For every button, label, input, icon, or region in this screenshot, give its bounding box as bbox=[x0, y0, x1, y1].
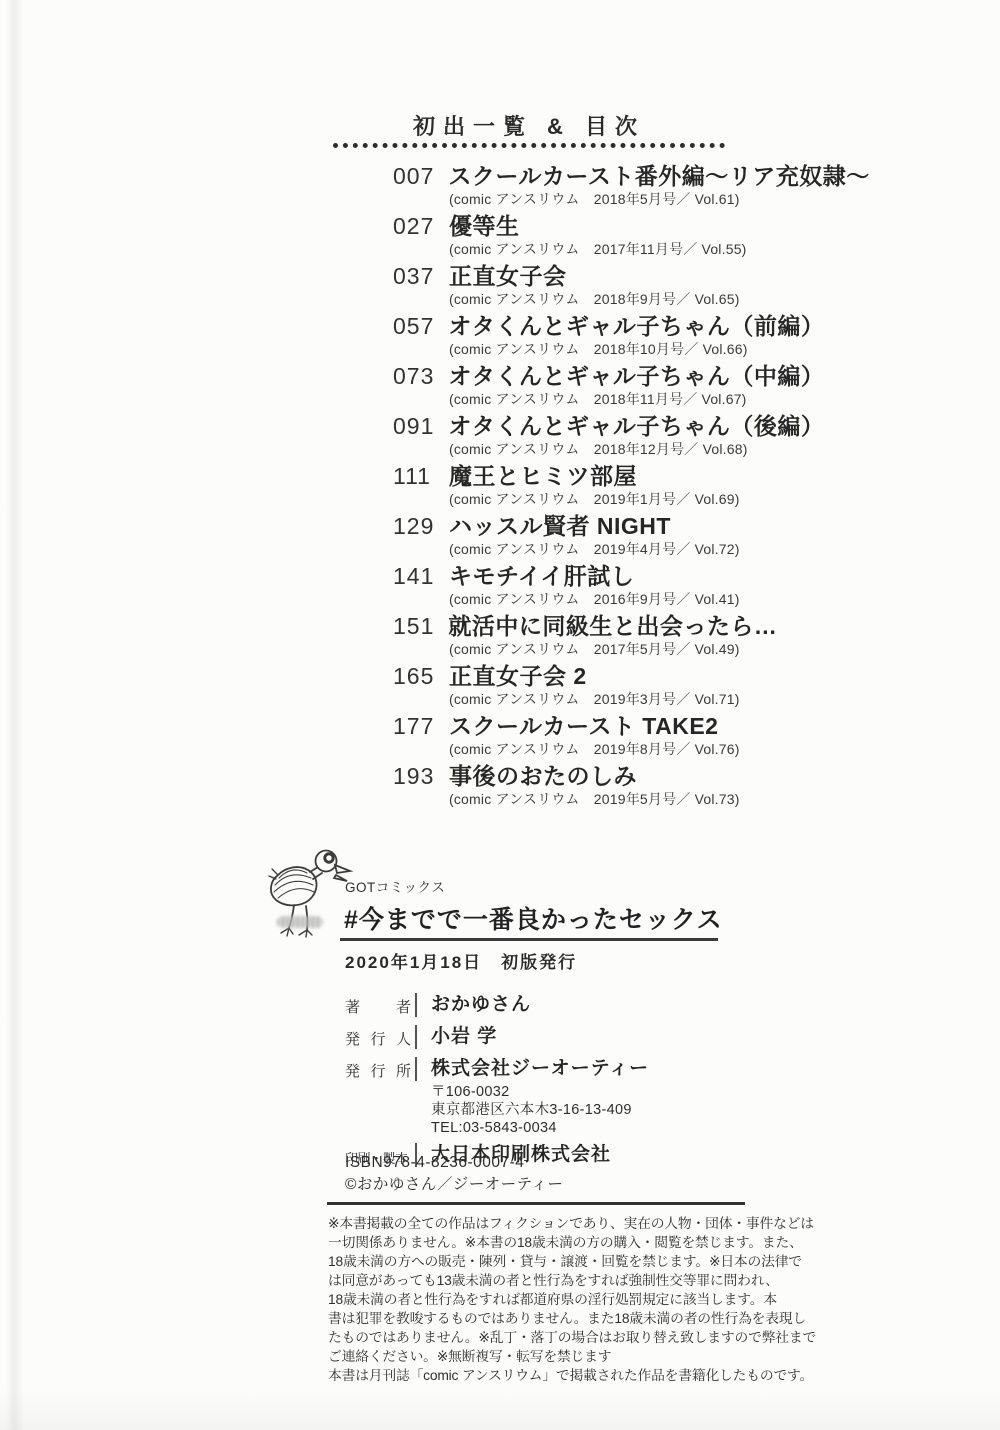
scanned-book-page: 初出一覧 & 目次 007 スクールカースト番外編～リア充奴隷～ (comic … bbox=[0, 0, 1000, 1430]
print-smudge bbox=[277, 916, 323, 928]
toc-entry-main: 091 オタくんとギャル子ちゃん（後編） bbox=[393, 413, 733, 439]
entry-source: (comic アンスリウム 2019年3月号／ Vol.71) bbox=[449, 690, 733, 708]
phone-number: TEL:03-5843-0034 bbox=[431, 1119, 745, 1137]
entry-page-number: 007 bbox=[393, 163, 434, 189]
entry-page-number: 027 bbox=[393, 213, 435, 239]
legal-line: は同意があっても13歳未満の者と性行為をすれば強制性交等罪に問われ、 bbox=[328, 1271, 758, 1290]
colophon-value: おかゆさん bbox=[415, 993, 531, 1017]
entry-source: (comic アンスリウム 2018年12月号／ Vol.68) bbox=[449, 440, 733, 458]
entry-page-number: 177 bbox=[393, 713, 435, 739]
colophon-value: 株式会社ジーオーティー bbox=[415, 1057, 649, 1081]
toc-list: 007 スクールカースト番外編～リア充奴隷～ (comic アンスリウム 201… bbox=[393, 163, 733, 813]
entry-page-number: 073 bbox=[393, 363, 434, 389]
entry-source: (comic アンスリウム 2017年5月号／ Vol.49) bbox=[449, 640, 733, 658]
entry-source: (comic アンスリウム 2018年5月号／ Vol.61) bbox=[449, 190, 733, 208]
entry-title: スクールカースト TAKE2 bbox=[449, 713, 718, 739]
entry-page-number: 037 bbox=[393, 263, 435, 289]
isbn-block: ISBN978-4-8236-0007-4 ©おかゆさん／ジーオーティー bbox=[345, 1152, 563, 1196]
toc-entry: 007 スクールカースト番外編～リア充奴隷～ (comic アンスリウム 201… bbox=[393, 163, 733, 213]
colophon: 著者 おかゆさん 発行人 小岩 学 発行所 株式会社ジーオーティー 〒106-0… bbox=[345, 993, 745, 1175]
legal-line: たものではありません。※乱丁・落丁の場合はお取り替え致しますので弊社まで bbox=[328, 1328, 758, 1347]
entry-title: 正直女子会 2 bbox=[449, 663, 587, 689]
scan-shadow bbox=[0, 1390, 1000, 1430]
entry-title: 魔王とヒミツ部屋 bbox=[449, 463, 637, 489]
toc-entry: 151 就活中に同級生と出会ったら… (comic アンスリウム 2017年5月… bbox=[393, 613, 733, 663]
legal-line: 本書は月刊誌「comic アンスリウム」で掲載された作品を書籍化したものです。 bbox=[328, 1366, 758, 1385]
entry-title: オタくんとギャル子ちゃん（中編） bbox=[448, 363, 824, 389]
toc-entry: 193 事後のおたのしみ (comic アンスリウム 2019年5月号／ Vol… bbox=[393, 763, 733, 813]
legal-line: ご連絡ください。※無断複写・転写を禁じます bbox=[328, 1347, 758, 1366]
legal-line: ※本書掲載の全ての作品はフィクションであり、実在の人物・団体・事件などは bbox=[328, 1214, 758, 1233]
entry-page-number: 057 bbox=[393, 313, 434, 339]
toc-entry: 177 スクールカースト TAKE2 (comic アンスリウム 2019年8月… bbox=[393, 713, 733, 763]
toc-entry-main: 007 スクールカースト番外編～リア充奴隷～ bbox=[393, 163, 733, 189]
legal-line: 18歳未満の者と性行為をすれば都道府県の淫行処罰規定に該当します。本 bbox=[328, 1290, 758, 1309]
entry-title: 就活中に同級生と出会ったら… bbox=[448, 613, 777, 639]
entry-source: (comic アンスリウム 2016年9月号／ Vol.41) bbox=[449, 590, 733, 608]
publisher-address: 〒106-0032 東京都港区六本木3-16-13-409 TEL:03-584… bbox=[431, 1083, 745, 1137]
toc-entry-main: 177 スクールカースト TAKE2 bbox=[393, 713, 733, 739]
edition-date: 2020年1月18日 初版発行 bbox=[345, 948, 577, 973]
colophon-label: 発行所 bbox=[345, 1057, 411, 1081]
bird-sketch-logo-icon bbox=[266, 845, 354, 944]
toc-entry: 027 優等生 (comic アンスリウム 2017年11月号／ Vol.55) bbox=[393, 213, 733, 263]
entry-source: (comic アンスリウム 2018年10月号／ Vol.66) bbox=[449, 340, 733, 358]
book-title: #今までで一番良かったセックス bbox=[344, 900, 723, 936]
entry-page-number: 193 bbox=[393, 763, 435, 789]
entry-source: (comic アンスリウム 2019年5月号／ Vol.73) bbox=[449, 790, 733, 808]
entry-title: オタくんとギャル子ちゃん（後編） bbox=[448, 413, 824, 439]
imprint-label: GOTコミックス bbox=[345, 876, 445, 896]
toc-entry: 111 魔王とヒミツ部屋 (comic アンスリウム 2019年1月号／ Vol… bbox=[393, 463, 733, 513]
toc-entry-main: 151 就活中に同級生と出会ったら… bbox=[393, 613, 733, 639]
toc-entry: 037 正直女子会 (comic アンスリウム 2018年9月号／ Vol.65… bbox=[393, 263, 733, 313]
entry-source: (comic アンスリウム 2018年11月号／ Vol.67) bbox=[449, 390, 733, 408]
entry-title: 優等生 bbox=[449, 213, 520, 239]
toc-entry-main: 057 オタくんとギャル子ちゃん（前編） bbox=[393, 313, 733, 339]
postal-code: 〒106-0032 bbox=[431, 1083, 745, 1101]
entry-source: (comic アンスリウム 2019年8月号／ Vol.76) bbox=[449, 740, 733, 758]
toc-entry: 057 オタくんとギャル子ちゃん（前編） (comic アンスリウム 2018年… bbox=[393, 313, 733, 363]
toc-entry: 141 キモチイイ肝試し (comic アンスリウム 2016年9月号／ Vol… bbox=[393, 563, 733, 613]
entry-page-number: 129 bbox=[393, 513, 435, 539]
legal-line: 18歳未満の方への販売・陳列・貸与・譲渡・回覧を禁じます。※日本の法律で bbox=[328, 1252, 758, 1271]
page-crease bbox=[6, 0, 24, 1430]
entry-title: 事後のおたのしみ bbox=[449, 763, 637, 789]
entry-title: 正直女子会 bbox=[449, 263, 567, 289]
toc-entry: 129 ハッスル賢者 NIGHT (comic アンスリウム 2019年4月号／… bbox=[393, 513, 733, 563]
entry-title: キモチイイ肝試し bbox=[449, 563, 634, 589]
entry-source: (comic アンスリウム 2019年4月号／ Vol.72) bbox=[449, 540, 733, 558]
entry-page-number: 091 bbox=[393, 413, 434, 439]
entry-title: ハッスル賢者 NIGHT bbox=[449, 513, 671, 539]
entry-source: (comic アンスリウム 2018年9月号／ Vol.65) bbox=[449, 290, 733, 308]
entry-title: オタくんとギャル子ちゃん（前編） bbox=[448, 313, 824, 339]
entry-page-number: 165 bbox=[393, 663, 435, 689]
toc-entry: 165 正直女子会 2 (comic アンスリウム 2019年3月号／ Vol.… bbox=[393, 663, 733, 713]
toc-title: 初出一覧 & 目次 bbox=[333, 110, 725, 141]
copyright-line: ©おかゆさん／ジーオーティー bbox=[345, 1174, 563, 1196]
legal-line: 一切関係ありません。※本書の18歳未満の方の購入・閲覧を禁じます。また、 bbox=[328, 1233, 758, 1252]
colophon-label: 発行人 bbox=[345, 1025, 411, 1049]
toc-entry-main: 129 ハッスル賢者 NIGHT bbox=[393, 513, 733, 539]
colophon-value: 小岩 学 bbox=[415, 1025, 497, 1049]
toc-entry: 091 オタくんとギャル子ちゃん（後編） (comic アンスリウム 2018年… bbox=[393, 413, 733, 463]
toc-entry: 073 オタくんとギャル子ちゃん（中編） (comic アンスリウム 2018年… bbox=[393, 363, 733, 413]
isbn-number: ISBN978-4-8236-0007-4 bbox=[345, 1152, 563, 1174]
street-address: 東京都港区六本木3-16-13-409 bbox=[431, 1101, 745, 1119]
legal-divider bbox=[327, 1202, 745, 1205]
colophon-label: 著者 bbox=[345, 993, 411, 1017]
entry-source: (comic アンスリウム 2019年1月号／ Vol.69) bbox=[449, 490, 733, 508]
colophon-row-publisher-company: 発行所 株式会社ジーオーティー bbox=[345, 1057, 745, 1081]
toc-entry-main: 037 正直女子会 bbox=[393, 263, 733, 289]
toc-entry-main: 027 優等生 bbox=[393, 213, 733, 239]
colophon-row-publisher-person: 発行人 小岩 学 bbox=[345, 1025, 745, 1049]
dotted-divider bbox=[333, 143, 725, 148]
toc-entry-main: 111 魔王とヒミツ部屋 bbox=[393, 463, 733, 489]
toc-entry-main: 141 キモチイイ肝試し bbox=[393, 563, 733, 589]
entry-page-number: 111 bbox=[393, 463, 435, 489]
toc-entry-main: 073 オタくんとギャル子ちゃん（中編） bbox=[393, 363, 733, 389]
legal-line: 書は犯罪を教唆するものではありません。また18歳未満の者の性行為を表現し bbox=[328, 1309, 758, 1328]
colophon-row-author: 著者 おかゆさん bbox=[345, 993, 745, 1017]
entry-source: (comic アンスリウム 2017年11月号／ Vol.55) bbox=[449, 240, 733, 258]
entry-title: スクールカースト番外編～リア充奴隷～ bbox=[448, 163, 869, 189]
title-underline bbox=[340, 938, 718, 941]
toc-entry-main: 165 正直女子会 2 bbox=[393, 663, 733, 689]
legal-notice: ※本書掲載の全ての作品はフィクションであり、実在の人物・団体・事件などは 一切関… bbox=[328, 1214, 758, 1385]
toc-entry-main: 193 事後のおたのしみ bbox=[393, 763, 733, 789]
entry-page-number: 151 bbox=[393, 613, 434, 639]
entry-page-number: 141 bbox=[393, 563, 435, 589]
